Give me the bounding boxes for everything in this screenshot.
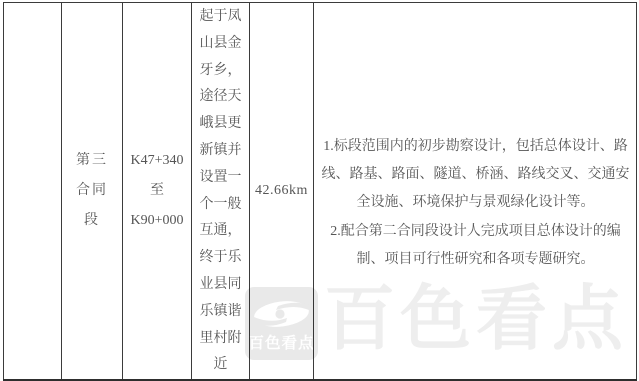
document-page: 第三 合同 段 K47+340 至 K90+000 起于凤 山县金 牙乡， 途径… [0, 0, 639, 381]
cell-section-length: 42.66km [250, 3, 314, 381]
cell-design-scope: 1.标段范围内的初步勘察设计，包括总体设计、路 线、路基、路面、隧道、桥涵、路线… [314, 3, 637, 381]
contract-section-table: 第三 合同 段 K47+340 至 K90+000 起于凤 山县金 牙乡， 途径… [3, 2, 637, 381]
table-row: 第三 合同 段 K47+340 至 K90+000 起于凤 山县金 牙乡， 途径… [4, 3, 637, 381]
cell-chainage-range: K47+340 至 K90+000 [123, 3, 192, 381]
cell-empty [4, 3, 62, 381]
cell-section-name: 第三 合同 段 [62, 3, 123, 381]
cell-route-description: 起于凤 山县金 牙乡， 途径天 峨县更 新镇并 设置一 个一般 互通， 终于乐 … [192, 3, 250, 381]
